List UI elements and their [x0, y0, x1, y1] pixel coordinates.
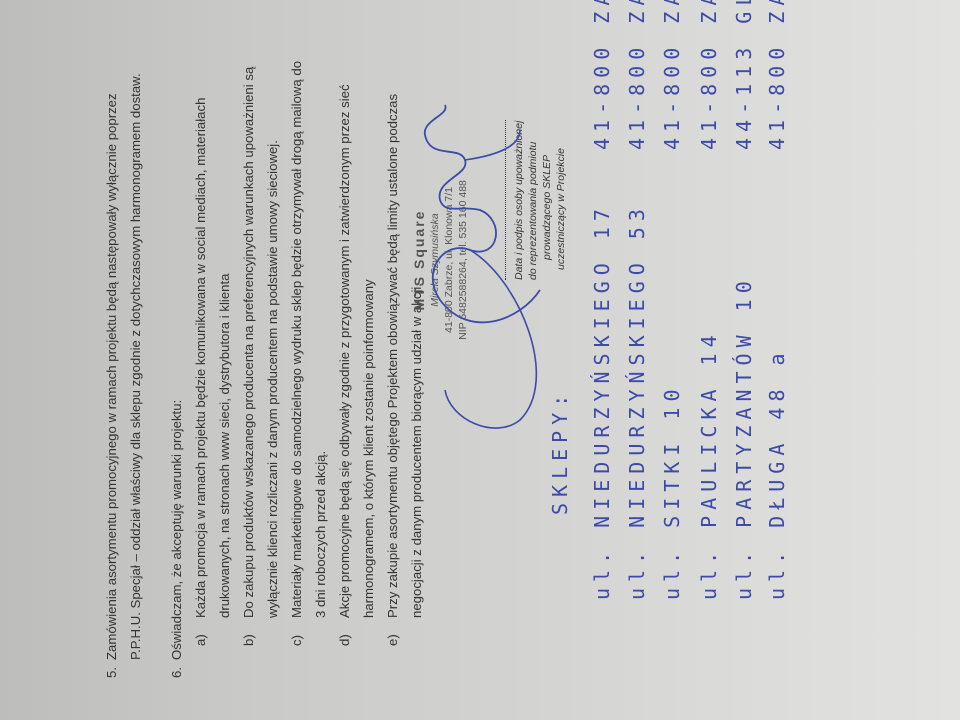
shop-city: 41-800 ZABRZE: [660, 0, 684, 150]
shop-city: 41-800 ZABRZE: [765, 0, 789, 150]
shops-title: SKLEPY:: [548, 389, 572, 515]
condition-continuation: 3 dni roboczych przed akcją.: [309, 18, 333, 678]
condition-b: b) Do zakupu produktów wskazanego produc…: [237, 18, 261, 678]
shop-city: 44-113 GLIWICE: [732, 0, 756, 150]
document-page: 5. Zamówienia asortymentu promocyjnego w…: [0, 0, 960, 720]
shop-street: ul. SITKI 10: [660, 384, 684, 601]
condition-text: Do zakupu produktów wskazanego producent…: [237, 18, 261, 618]
signature-caption: Data i podpis osoby upoważnionej do repr…: [512, 110, 568, 280]
condition-text: Przy zakupie asortymentu objętego Projek…: [381, 18, 405, 618]
company-stamp: MTS Square Mirela Szymusińska 41-800 Zab…: [410, 120, 470, 400]
caption-line: do reprezentowania podmiotu: [526, 110, 540, 280]
caption-line: uczestniczący w Projekcie: [554, 110, 568, 280]
condition-a: a) Każda promocja w ramach projektu będz…: [189, 18, 213, 678]
shop-city: 41-800 ZABRZE: [590, 0, 614, 150]
stamp-company-name: MTS Square: [410, 120, 428, 400]
condition-letter: a): [189, 618, 213, 660]
stamp-owner: Mirela Szymusińska: [428, 120, 442, 400]
condition-text: Akcje promocyjne będą się odbywały zgodn…: [333, 18, 357, 618]
caption-line: prowadzącego SKLEP: [540, 110, 554, 280]
condition-letter: d): [333, 618, 357, 660]
condition-continuation: drukowanych, na stronach www sieci, dyst…: [213, 18, 237, 678]
section-6-intro: Oświadczam, że akceptuję warunki projekt…: [165, 18, 189, 660]
condition-letter: c): [285, 618, 309, 660]
shop-street: ul. PARTYZANTÓW 10: [732, 275, 756, 600]
shop-street: ul. NIEDURZYŃSKIEGO 17: [590, 203, 614, 600]
condition-text: Materiały marketingowe do samodzielnego …: [285, 18, 309, 618]
section-5: 5. Zamówienia asortymentu promocyjnego w…: [100, 18, 148, 678]
stamp-address: 41-800 Zabrze, ul. Klonowa 7/1: [442, 120, 456, 400]
document-photo: 5. Zamówienia asortymentu promocyjnego w…: [0, 0, 960, 720]
condition-c: c) Materiały marketingowe do samodzielne…: [285, 18, 309, 678]
condition-continuation: wyłącznie klienci rozliczani z danym pro…: [261, 18, 285, 678]
condition-e: e) Przy zakupie asortymentu objętego Pro…: [381, 18, 405, 678]
section-6: 6. Oświadczam, że akceptuję warunki proj…: [165, 18, 429, 678]
stamp-nip-tel: NIP 6482588264, tel. 535 160 488: [456, 120, 470, 400]
condition-letter: e): [381, 618, 405, 660]
condition-letter: b): [237, 618, 261, 660]
section-5-line-2: P.P.H.U. Specjał – oddział właściwy dla …: [124, 18, 148, 678]
shop-street: ul. NIEDURZYŃSKIEGO 53: [625, 203, 649, 600]
section-5-number: 5.: [100, 660, 124, 678]
section-5-line-1: Zamówienia asortymentu promocyjnego w ra…: [100, 18, 124, 660]
shop-city: 41-800 ZABRZE: [625, 0, 649, 150]
shop-city: 41-800 ZABRZE: [697, 0, 721, 150]
condition-text: Każda promocja w ramach projektu będzie …: [189, 18, 213, 618]
section-6-number: 6.: [165, 660, 189, 678]
condition-d: d) Akcje promocyjne będą się odbywały zg…: [333, 18, 357, 678]
shop-street: ul. DŁUGA 48 a: [765, 347, 789, 600]
signature-line: [505, 120, 506, 280]
condition-continuation: harmonogramem, o którym klient zostanie …: [357, 18, 381, 678]
caption-line: Data i podpis osoby upoważnionej: [512, 110, 526, 280]
shop-street: ul. PAULICKA 14: [697, 329, 721, 600]
